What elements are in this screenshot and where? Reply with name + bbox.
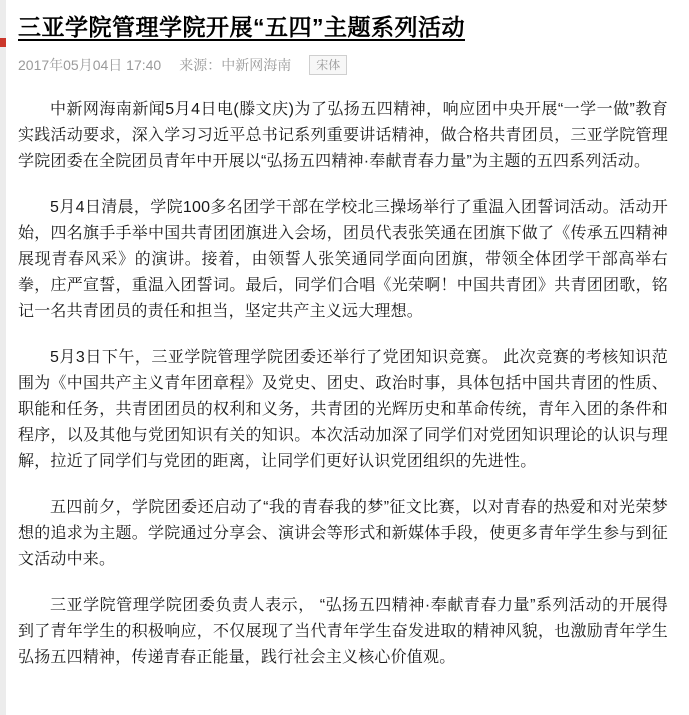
article-content: 三亚学院管理学院开展“五四”主题系列活动 2017年05月04日 17:40 来… — [18, 12, 668, 691]
article-paragraph: 5月3日下午，三亚学院管理学院团委还举行了党团知识竞赛。 此次竞赛的考核知识范围… — [18, 345, 668, 475]
article-page: 三亚学院管理学院开展“五四”主题系列活动 2017年05月04日 17:40 来… — [0, 0, 689, 715]
article-body: 中新网海南新闻5月4日电(滕文庆)为了弘扬五四精神，响应团中央开展“一学一做”教… — [18, 97, 668, 671]
article-meta: 2017年05月04日 17:40 来源：中新网海南 宋体 — [18, 55, 668, 75]
page-title: 三亚学院管理学院开展“五四”主题系列活动 — [18, 12, 668, 42]
article-paragraph: 5月4日清晨，学院100多名团学干部在学校北三操场举行了重温入团誓词活动。活动开… — [18, 195, 668, 325]
font-style-button[interactable]: 宋体 — [309, 55, 347, 75]
publish-datetime: 2017年05月04日 17:40 — [18, 55, 161, 75]
article-source: 来源：中新网海南 — [179, 55, 291, 75]
page-edge-strip — [0, 0, 6, 715]
article-paragraph: 中新网海南新闻5月4日电(滕文庆)为了弘扬五四精神，响应团中央开展“一学一做”教… — [18, 97, 668, 175]
edge-red-marker — [0, 38, 6, 47]
article-paragraph: 五四前夕，学院团委还启动了“我的青春我的梦”征文比赛，以对青春的热爱和对光荣梦想… — [18, 495, 668, 573]
article-paragraph: 三亚学院管理学院团委负责人表示， “弘扬五四精神·奉献青春力量”系列活动的开展得… — [18, 593, 668, 671]
page-title-text: 三亚学院管理学院开展“五四”主题系列活动 — [18, 14, 465, 40]
